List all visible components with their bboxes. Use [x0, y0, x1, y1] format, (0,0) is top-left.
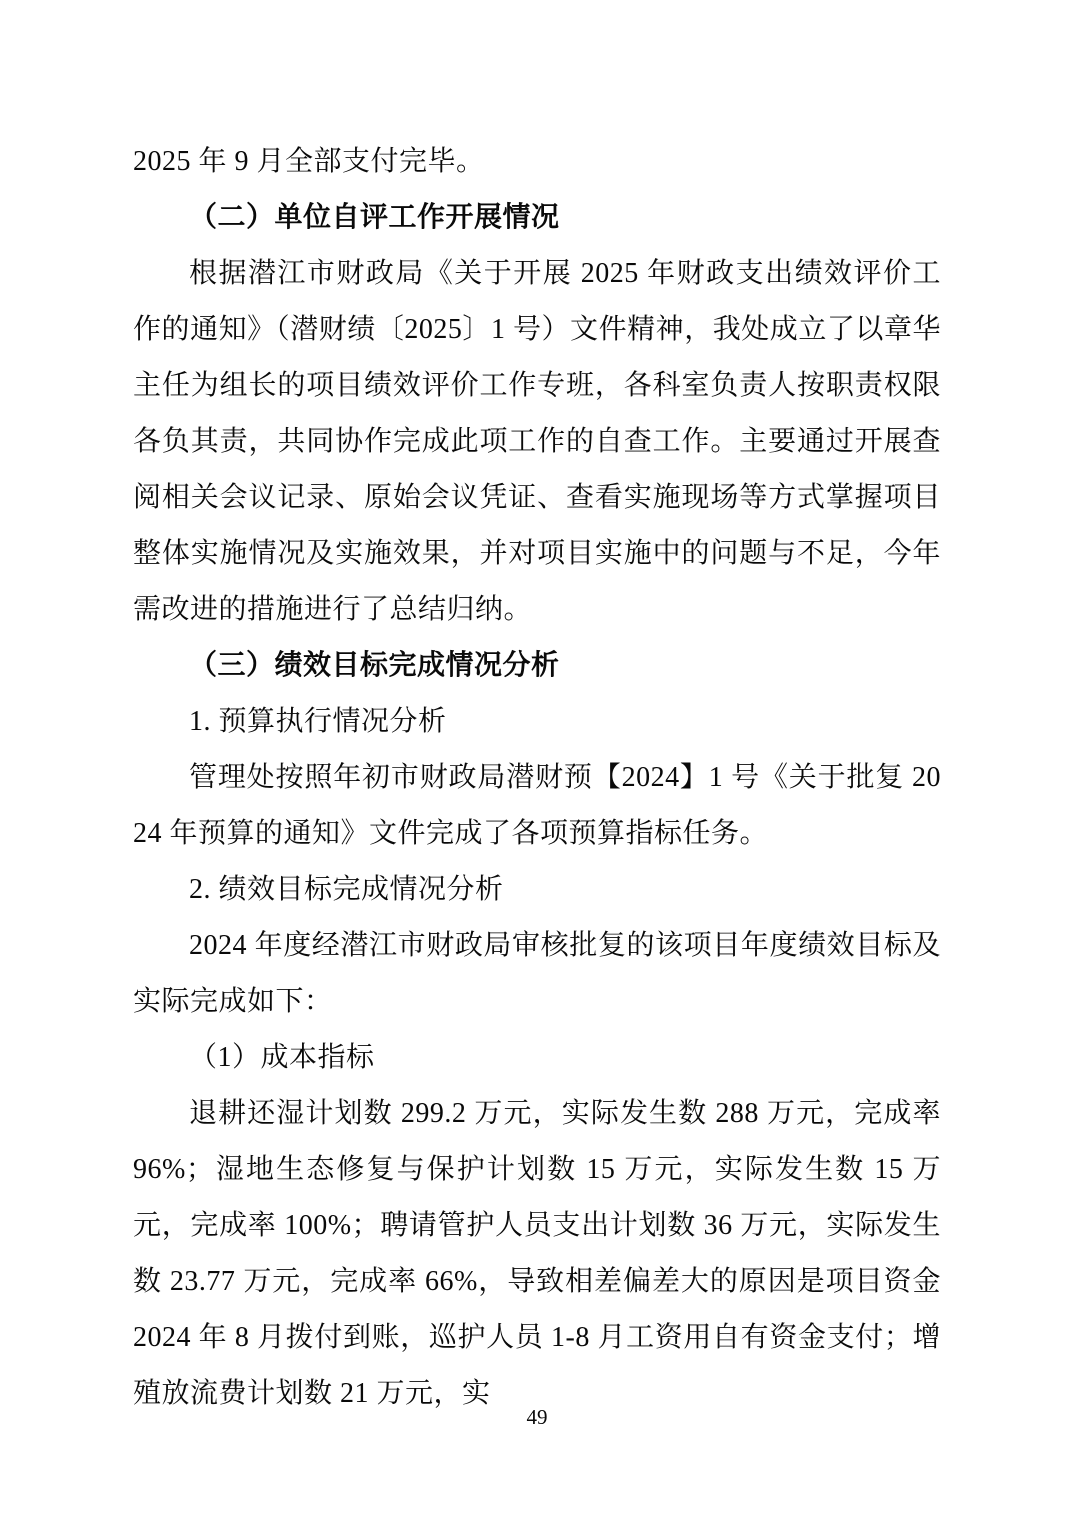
sub-heading: 2. 绩效目标完成情况分析	[133, 862, 941, 918]
paragraph: 退耕还湿计划数 299.2 万元，实际发生数 288 万元，完成率 96%；湿地…	[133, 1086, 941, 1422]
sub-heading: （1）成本指标	[133, 1030, 941, 1086]
paragraph-continuation: 2025 年 9 月全部支付完毕。	[133, 134, 941, 190]
paragraph: 管理处按照年初市财政局潜财预【2024】1 号《关于批复 2024 年预算的通知…	[133, 750, 941, 862]
paragraph: 根据潜江市财政局《关于开展 2025 年财政支出绩效评价工作的通知》（潜财绩〔2…	[133, 246, 941, 638]
document-page: 2025 年 9 月全部支付完毕。（二）单位自评工作开展情况根据潜江市财政局《关…	[0, 0, 1074, 1520]
page-number: 49	[527, 1405, 548, 1429]
sub-heading: 1. 预算执行情况分析	[133, 694, 941, 750]
paragraph: 2024 年度经潜江市财政局审核批复的该项目年度绩效目标及实际完成如下：	[133, 918, 941, 1030]
section-heading: （二）单位自评工作开展情况	[133, 190, 941, 246]
page-footer: 49	[0, 1403, 1074, 1431]
document-content: 2025 年 9 月全部支付完毕。（二）单位自评工作开展情况根据潜江市财政局《关…	[133, 134, 941, 1422]
section-heading: （三）绩效目标完成情况分析	[133, 638, 941, 694]
